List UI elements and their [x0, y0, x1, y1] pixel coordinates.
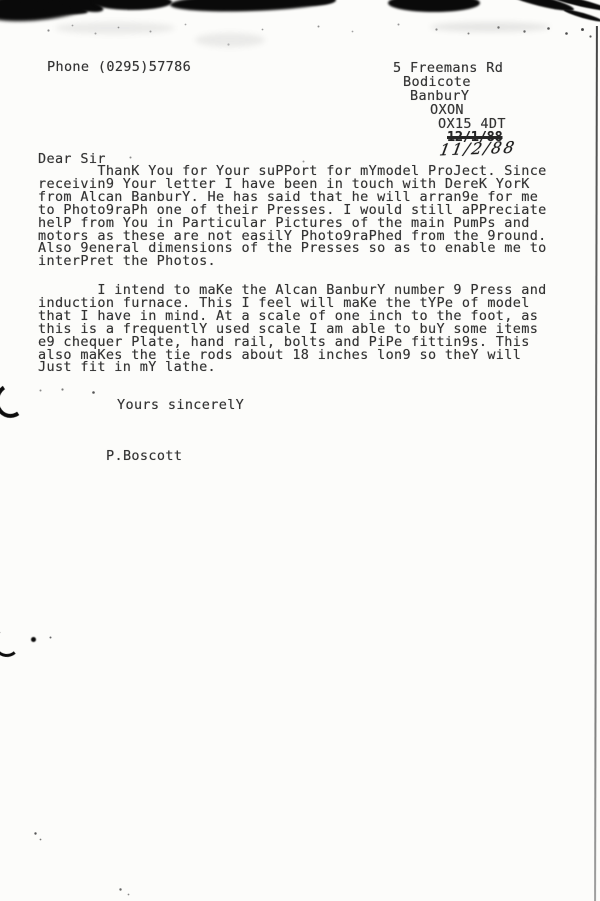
signature: P.Boscott: [106, 450, 182, 463]
phone-number: Phone (0295)57786: [47, 61, 191, 74]
scan-smudge: [430, 22, 550, 32]
sender-address-line: 5 Freemans Rd: [393, 62, 503, 75]
ink-dot: [31, 637, 36, 642]
scan-smudge: [388, 0, 480, 12]
scan-smudge: [563, 8, 600, 24]
scan-speckle: [0, 0, 1, 1]
page-edge-line: [594, 26, 598, 901]
sender-address-line: OXON: [430, 104, 464, 117]
scan-smudge: [92, 0, 172, 10]
hole-punch-mark: [0, 626, 22, 659]
scan-smudge: [55, 22, 175, 34]
letter-paragraph-1: ThanK You for Your suPPort for mYmodel P…: [38, 165, 547, 268]
sender-address-line: BanburY: [410, 90, 469, 103]
scan-smudge: [195, 33, 265, 47]
closing: Yours sincerelY: [117, 399, 244, 412]
handwritten-date: 11/2/88: [438, 138, 518, 160]
hole-punch-mark: [0, 380, 30, 421]
letter-paragraph-2: I intend to maKe the Alcan BanburY numbe…: [38, 284, 547, 374]
scanned-letter-page: Phone (0295)57786 5 Freemans Rd Bodicote…: [0, 0, 600, 901]
sender-address-line: Bodicote: [403, 76, 471, 89]
